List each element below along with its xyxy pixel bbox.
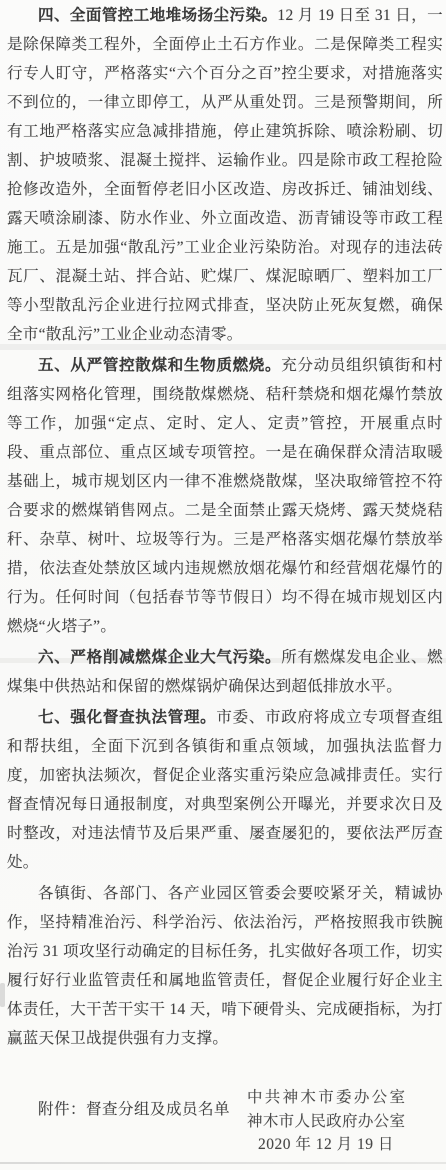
closing-paragraph: 各镇街、各部门、各产业园区管委会要咬紧牙关，精诚协作，坚持精准治污、科学治污、依… xyxy=(7,879,443,1053)
section-5-heading: 五、从严管控散煤和生物质燃烧。 xyxy=(38,356,281,374)
section-6-paragraph: 六、严格削减燃煤企业大气污染。所有燃煤发电企业、燃煤集中供热站和保留的燃煤锅炉确… xyxy=(7,643,443,701)
document-body: 四、全面管控工地堆场扬尘污染。12 月 19 日至 31 日，一是除保障类工程外… xyxy=(7,1,443,1124)
signature-block: 中共神木市委办公室 神木市人民政府办公室 2020 年 12 月 19 日 xyxy=(247,1086,405,1157)
section-6-heading: 六、严格削减燃煤企业大气污染。 xyxy=(38,648,281,666)
section-4-heading: 四、全面管控工地堆场扬尘污染。 xyxy=(38,6,277,24)
signature-org-party-office: 中共神木市委办公室 xyxy=(247,1086,405,1110)
signature-date: 2020 年 12 月 19 日 xyxy=(247,1133,405,1157)
section-4-paragraph: 四、全面管控工地堆场扬尘污染。12 月 19 日至 31 日，一是除保障类工程外… xyxy=(7,1,443,349)
scan-artifact-smudge xyxy=(0,983,5,1007)
section-7-paragraph: 七、强化督查执法管理。市委、市政府将成立专项督查组和帮扶组，全面下沉到各镇街和重… xyxy=(7,703,443,877)
section-5-paragraph: 五、从严管控散煤和生物质燃烧。充分动员组织镇街和村组落实网格化管理，围绕散煤燃烧… xyxy=(7,351,443,641)
section-4-text: 12 月 19 日至 31 日，一是除保障类工程外，全面停止土石方作业。二是保障… xyxy=(7,7,443,343)
document-page: 四、全面管控工地堆场扬尘污染。12 月 19 日至 31 日，一是除保障类工程外… xyxy=(0,0,446,1170)
scan-artifact-bottom-edge xyxy=(0,1162,446,1164)
section-5-text: 充分动员组织镇街和村组落实网格化管理，围绕散煤燃烧、秸秆禁烧和烟花爆竹禁放等工作… xyxy=(7,357,443,635)
section-7-text: 市委、市政府将成立专项督查组和帮扶组，全面下沉到各镇街和重点领域，加强执法监督力… xyxy=(7,709,443,871)
closing-text: 各镇街、各部门、各产业园区管委会要咬紧牙关，精诚协作，坚持精准治污、科学治污、依… xyxy=(7,885,443,1047)
signature-org-government-office: 神木市人民政府办公室 xyxy=(247,1110,405,1134)
section-7-heading: 七、强化督查执法管理。 xyxy=(38,708,216,726)
